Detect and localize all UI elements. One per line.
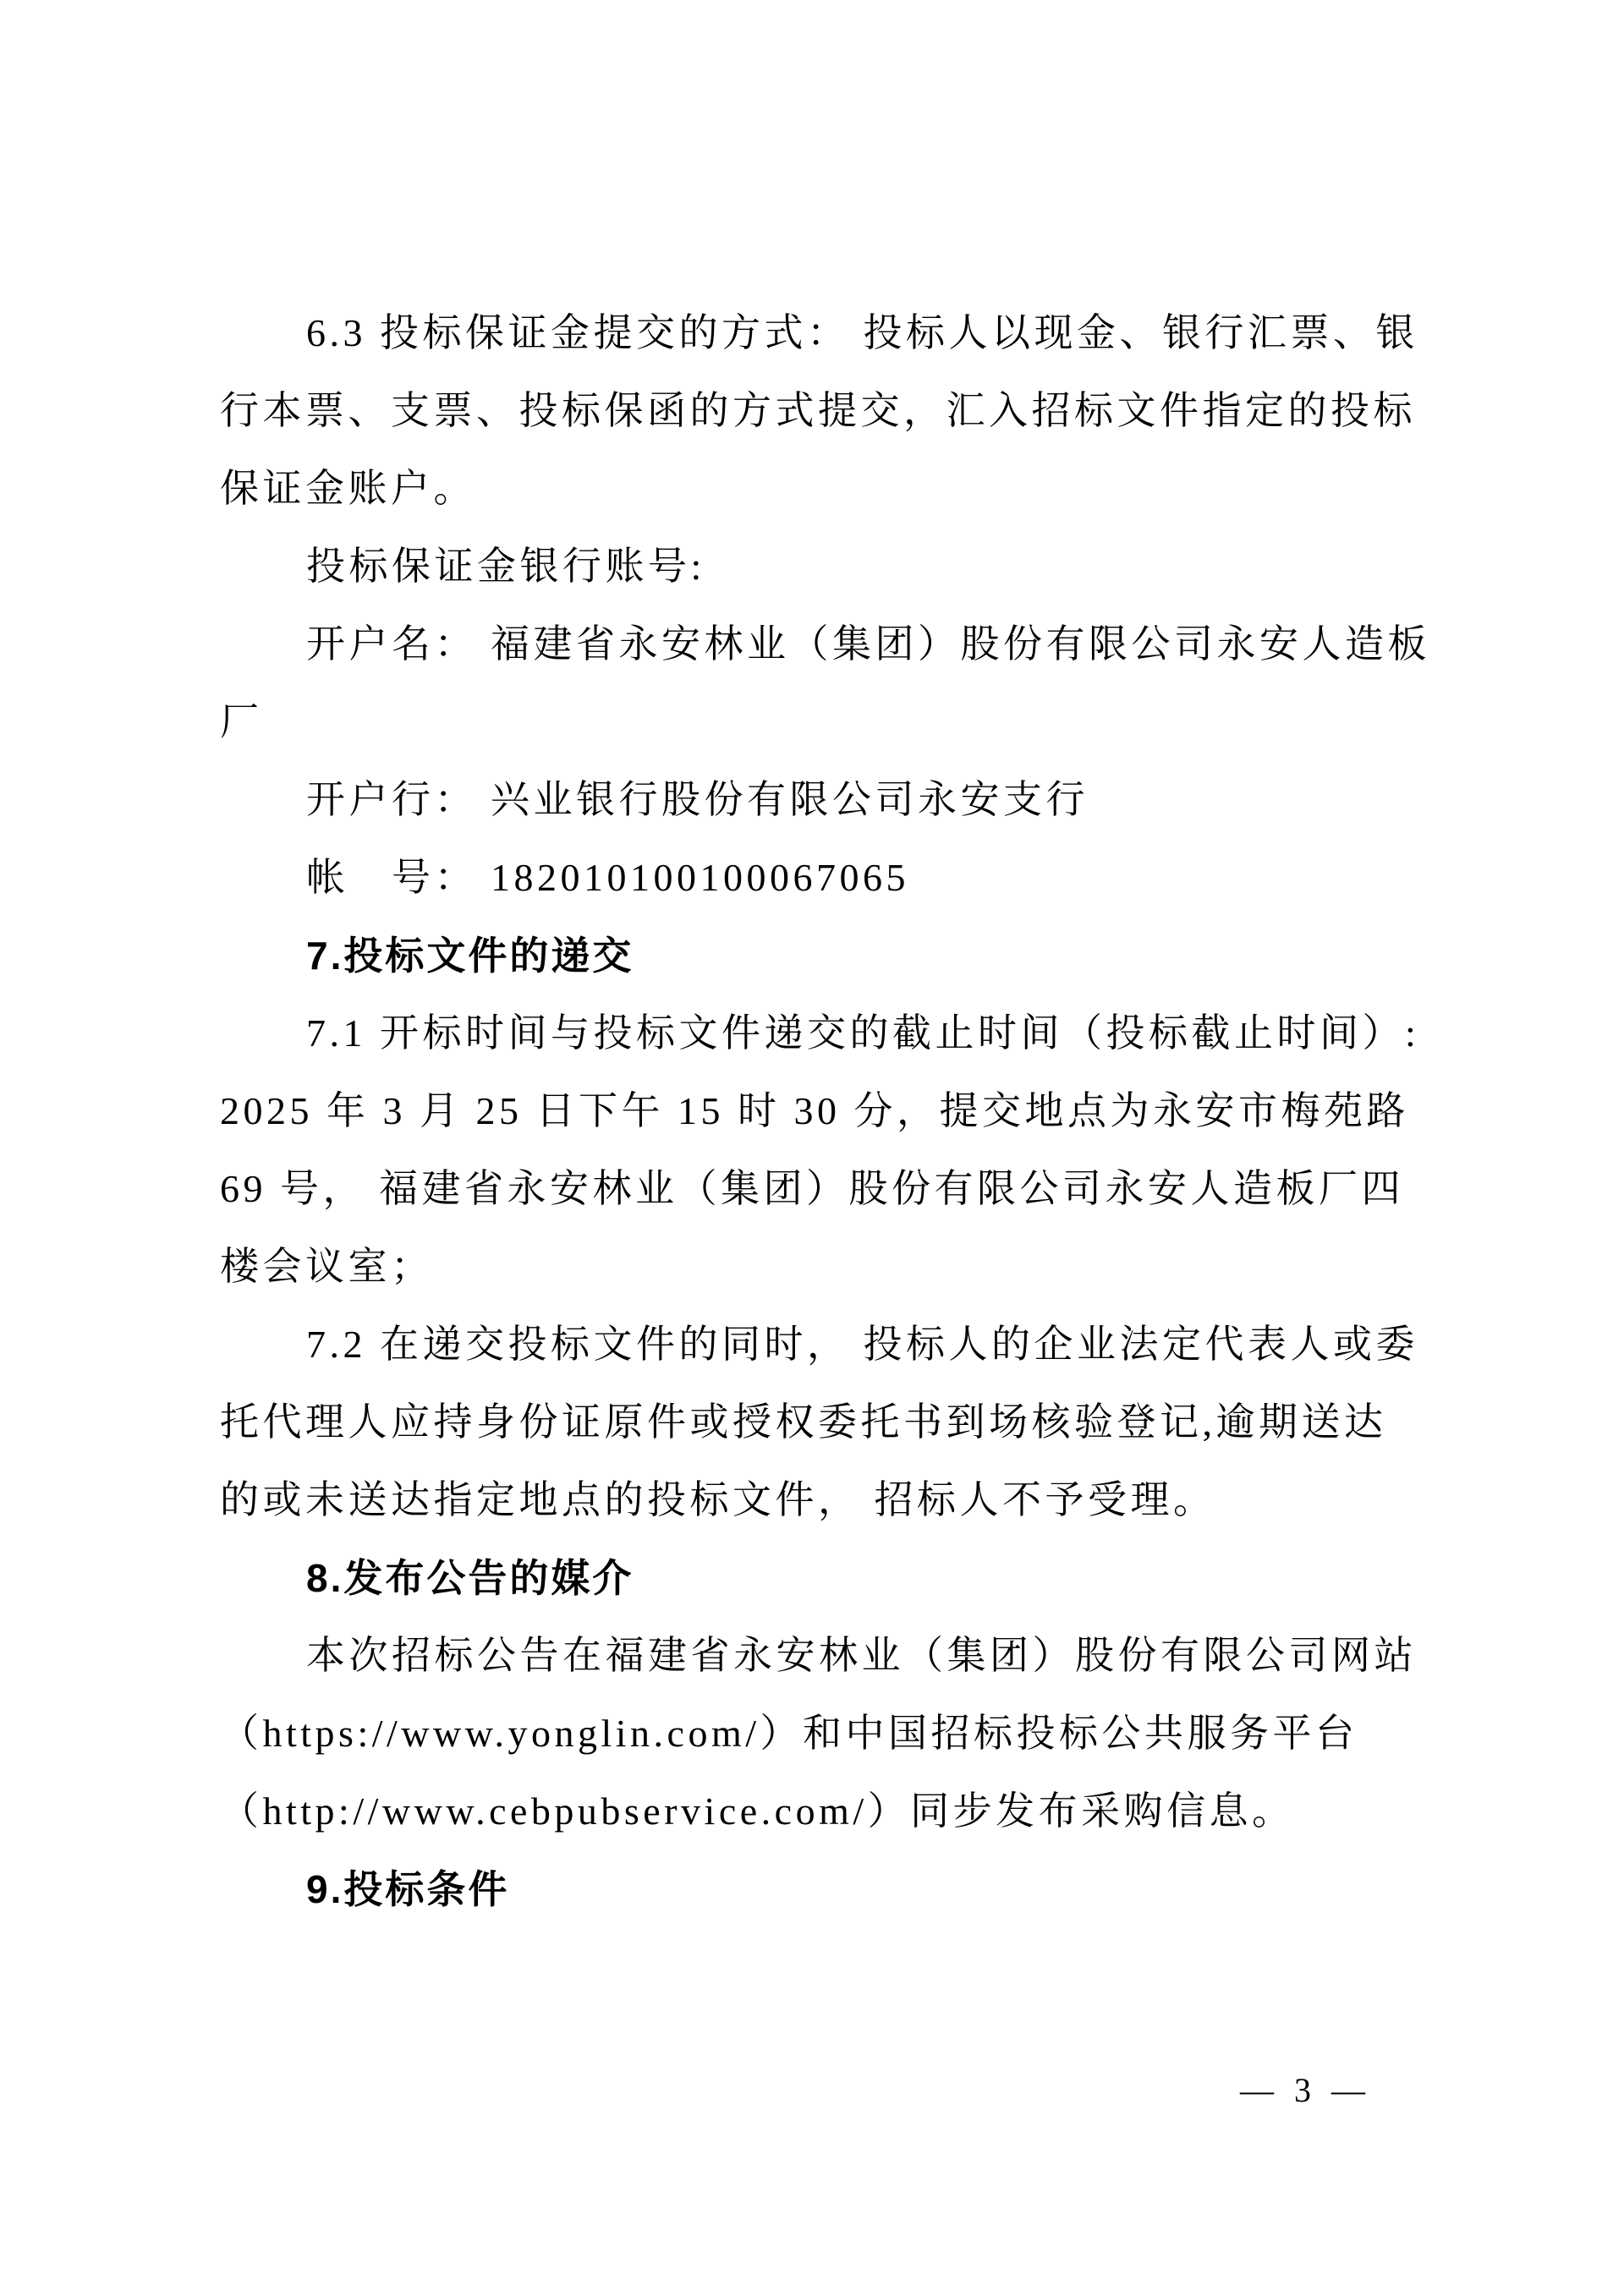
document-body: 6.3 投标保证金提交的方式： 投标人以现金、银行汇票、银 行本票、支票、投标保… bbox=[220, 294, 1421, 1928]
line-7-2-c: 的或未送达指定地点的投标文件， 招标人不予受理。 bbox=[220, 1461, 1421, 1539]
line-7-1-a: 7.1 开标时间与投标文件递交的截止时间（投标截止时间）: bbox=[220, 995, 1421, 1072]
line-7-2-a: 7.2 在递交投标文件的同时， 投标人的企业法定代表人或委 bbox=[220, 1306, 1421, 1384]
heading-section-7: 7.投标文件的递交 bbox=[220, 917, 1421, 995]
line-7-2-b: 托代理人应持身份证原件或授权委托书到场核验登记,逾期送达 bbox=[220, 1384, 1421, 1461]
line-7-1-d: 楼会议室； bbox=[220, 1228, 1421, 1306]
line-8-body-c: （http://www.cebpubservice.com/）同步发布采购信息。 bbox=[220, 1773, 1421, 1850]
heading-section-9: 9.投标条件 bbox=[220, 1850, 1421, 1928]
line-8-body-a: 本次招标公告在福建省永安林业（集团）股份有限公司网站 bbox=[220, 1617, 1421, 1695]
line-account-name-a: 开户名： 福建省永安林业（集团）股份有限公司永安人造板 bbox=[220, 606, 1421, 683]
heading-section-8: 8.发布公告的媒介 bbox=[220, 1539, 1421, 1617]
line-account-name-b: 厂 bbox=[220, 683, 1421, 761]
line-deposit-account-label: 投标保证金银行账号: bbox=[220, 528, 1421, 606]
line-7-1-c: 69 号， 福建省永安林业（集团）股份有限公司永安人造板厂四 bbox=[220, 1150, 1421, 1228]
page-number: — 3 — bbox=[1240, 2070, 1367, 2110]
line-8-body-b: （https://www.yonglin.com/）和中国招标投标公共服务平台 bbox=[220, 1695, 1421, 1773]
document-page: 6.3 投标保证金提交的方式： 投标人以现金、银行汇票、银 行本票、支票、投标保… bbox=[0, 0, 1624, 2296]
line-bank-branch: 开户行： 兴业银行股份有限公司永安支行 bbox=[220, 761, 1421, 839]
line-7-1-b: 2025 年 3 月 25 日下午 15 时 30 分，提交地点为永安市梅苑路 bbox=[220, 1072, 1421, 1150]
line-account-number: 帐 号： 182010100100067065 bbox=[220, 839, 1421, 917]
line-6-3-b: 行本票、支票、投标保函的方式提交，汇入招标文件指定的投标 bbox=[220, 372, 1421, 450]
line-6-3-a: 6.3 投标保证金提交的方式： 投标人以现金、银行汇票、银 bbox=[220, 294, 1421, 372]
line-6-3-c: 保证金账户。 bbox=[220, 450, 1421, 528]
